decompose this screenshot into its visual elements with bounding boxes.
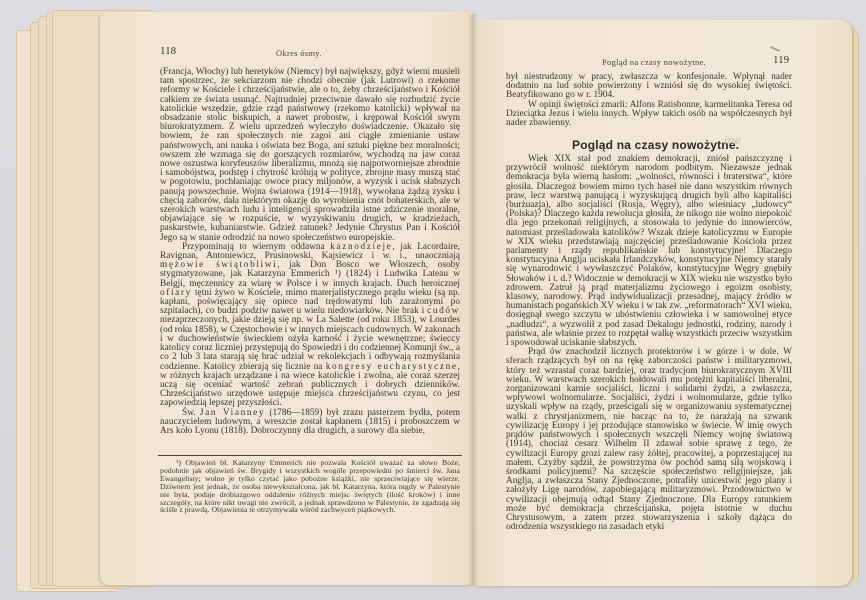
footnote: ¹) Objawień bł. Katarzyny Emmerich nie p… [160, 459, 460, 514]
page-number-left: 118 [160, 45, 176, 57]
page-number-right: 119 [773, 54, 789, 66]
paragraph: (Francja, Włochy) lub heretyków (Niemcy)… [160, 68, 460, 243]
left-page-body: (Francja, Włochy) lub heretyków (Niemcy)… [160, 68, 460, 436]
paragraph: Św. Jan Vianney (1786—1859) był zrazu pa… [160, 409, 460, 437]
running-head-left: Okres ósmy. [276, 48, 322, 58]
paragraph: Przypominają to wiernym oddawna kaznodzi… [160, 243, 460, 409]
paragraph: Wiek XIX stał pod znakiem demokracji, zn… [506, 155, 792, 348]
running-head-right: Pogląd na czasy nowożytne. [602, 57, 706, 67]
right-page-intro: był niestrudzony w pracy, zwłaszcza w ko… [506, 73, 792, 128]
paragraph: Prąd ów znachodził licznych protektorów … [506, 348, 792, 532]
right-page-body: Wiek XIX stał pod znakiem demokracji, zn… [506, 155, 792, 532]
footnote-rule [158, 455, 462, 456]
paragraph: W opinji świętości zmarli: Alfons Ratisb… [506, 101, 792, 129]
footnote-text: ¹) Objawień bł. Katarzyny Emmerich nie p… [160, 459, 460, 514]
book-gutter [468, 14, 478, 586]
pencil-annotation: ine [724, 134, 741, 147]
paragraph: był niestrudzony w pracy, zwłaszcza w ko… [506, 73, 792, 101]
section-heading: Pogląd na czasy nowożytne. [572, 138, 739, 152]
text-run: tętni żywo w Kościele, mimo materjalisty… [160, 288, 460, 316]
